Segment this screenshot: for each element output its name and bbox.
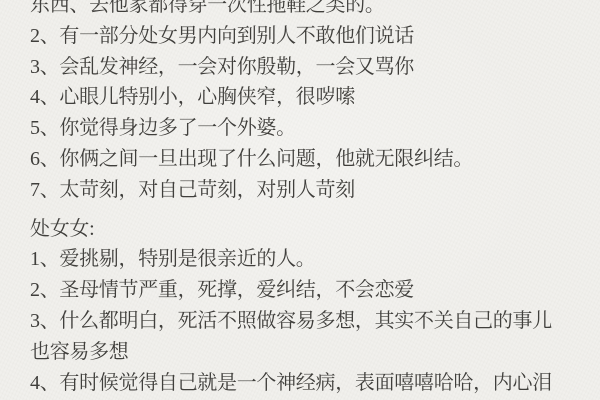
list-item-7: 7、太苛刻，对自己苛刻，对别人苛刻 bbox=[30, 175, 600, 206]
list-item-s2-4-clipped: 4、有时候觉得自己就是一个神经病，表面嘻嘻哈哈，内心泪 bbox=[30, 368, 600, 399]
list-item-5: 5、你觉得身边多了一个外婆。 bbox=[30, 113, 600, 144]
list-item-s2-3: 3、什么都明白，死活不照做容易多想，其实不关自己的事儿 bbox=[30, 306, 600, 337]
list-item-6: 6、你俩之间一旦出现了什么问题，他就无限纠结。 bbox=[30, 144, 600, 175]
text-line-continuation-clipped: 东西、去他家都得穿一次性拖鞋之类的。 bbox=[30, 0, 600, 21]
document-page: 东西、去他家都得穿一次性拖鞋之类的。 2、有一部分处女男内向到别人不敢他们说话 … bbox=[0, 0, 600, 400]
list-item-3: 3、会乱发神经，一会对你殷勒，一会又骂你 bbox=[30, 52, 600, 83]
list-item-s2-1: 1、爱挑剔，特别是很亲近的人。 bbox=[30, 244, 600, 275]
section-heading: 处女女: bbox=[30, 214, 600, 245]
list-item-4: 4、心眼儿特别小，心胸侠窄，很哕嗦 bbox=[30, 82, 600, 113]
text-block: 东西、去他家都得穿一次性拖鞋之类的。 2、有一部分处女男内向到别人不敢他们说话 … bbox=[30, 0, 600, 398]
list-item-s2-2: 2、圣母情节严重，死撑，爱纠结，不会恋爱 bbox=[30, 275, 600, 306]
list-item-2: 2、有一部分处女男内向到别人不敢他们说话 bbox=[30, 21, 600, 52]
text-line-continuation: 也容易多想 bbox=[30, 337, 600, 368]
